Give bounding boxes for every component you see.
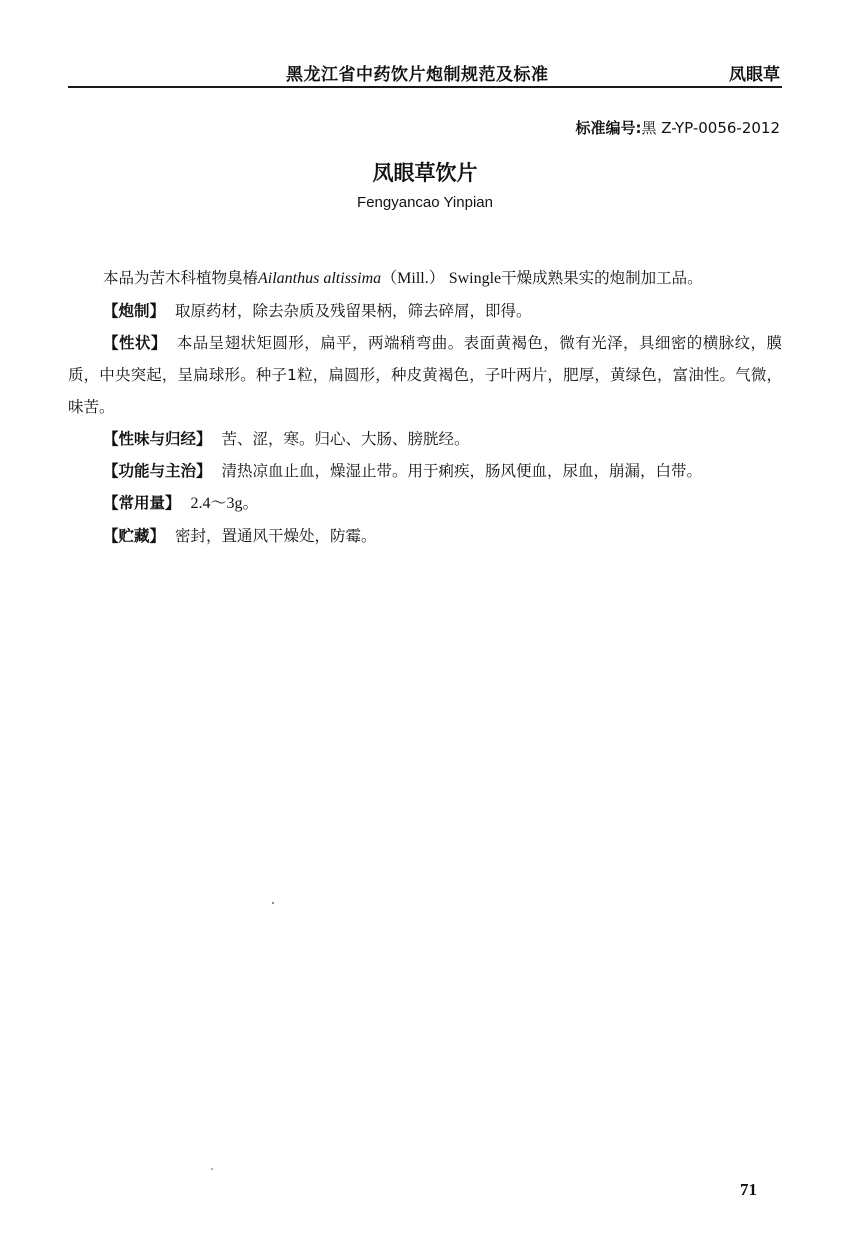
section-label: 【功能与主治】: [103, 462, 212, 480]
section-text: 取原药材，除去杂质及残留果柄，筛去碎屑，即得。: [175, 302, 532, 320]
section-characteristics: 【性状】本品呈翅状矩圆形，扁平，两端稍弯曲。表面黄褐色，微有光泽，具细密的横脉纹…: [68, 327, 782, 423]
page-title: 凤眼草饮片: [0, 157, 850, 187]
standard-number-value: 黑 Z-YP-0056-2012: [642, 119, 780, 137]
section-label: 【常用量】: [103, 494, 181, 512]
section-dosage: 【常用量】2.4～3g。: [68, 487, 782, 520]
page-subtitle-pinyin: Fengyancao Yinpian: [0, 194, 850, 211]
section-label: 【性味与归经】: [103, 430, 212, 448]
scan-speck: [211, 1168, 213, 1170]
book-title: 黑龙江省中药饮片炮制规范及标准: [286, 60, 549, 85]
section-text: 密封，置通风干燥处，防霉。: [175, 527, 377, 545]
intro-paragraph: 本品为苦木科植物臭椿Ailanthus altissima（Mill.） Swi…: [68, 262, 782, 295]
section-text: 苦、涩，寒。归心、大肠、膀胱经。: [222, 430, 470, 448]
running-header: 黑龙江省中药饮片炮制规范及标准 凤眼草: [68, 58, 782, 86]
section-text: 2.4～3g。: [191, 495, 259, 512]
scan-speck: [272, 902, 274, 904]
latin-species-name: Ailanthus altissima: [258, 270, 381, 287]
section-name: 凤眼草: [729, 60, 780, 85]
section-processing: 【炮制】取原药材，除去杂质及残留果柄，筛去碎屑，即得。: [68, 295, 782, 327]
section-nature-meridian: 【性味与归经】苦、涩，寒。归心、大肠、膀胱经。: [68, 423, 782, 455]
section-label: 【贮藏】: [103, 527, 165, 545]
species-author: （Mill.） Swingle: [381, 270, 501, 287]
section-storage: 【贮藏】密封，置通风干燥处，防霉。: [68, 520, 782, 552]
section-label: 【性状】: [103, 334, 167, 352]
document-body: 本品为苦木科植物臭椿Ailanthus altissima（Mill.） Swi…: [68, 262, 782, 552]
section-text: 清热凉血止血，燥湿止带。用于痢疾，肠风便血，尿血，崩漏，白带。: [222, 462, 703, 480]
intro-suffix: 干燥成熟果实的炮制加工品。: [501, 269, 703, 287]
intro-prefix: 本品为苦木科植物臭椿: [103, 269, 258, 287]
section-text: 本品呈翅状矩圆形，扁平，两端稍弯曲。表面黄褐色，微有光泽，具细密的横脉纹，膜质，…: [68, 334, 782, 416]
standard-number: 标准编号:黑 Z-YP-0056-2012: [576, 117, 780, 138]
header-rule: [68, 86, 782, 88]
page-number: 71: [740, 1180, 757, 1200]
standard-number-label: 标准编号:: [576, 119, 642, 137]
section-functions-indications: 【功能与主治】清热凉血止血，燥湿止带。用于痢疾，肠风便血，尿血，崩漏，白带。: [68, 455, 782, 487]
section-label: 【炮制】: [103, 302, 165, 320]
